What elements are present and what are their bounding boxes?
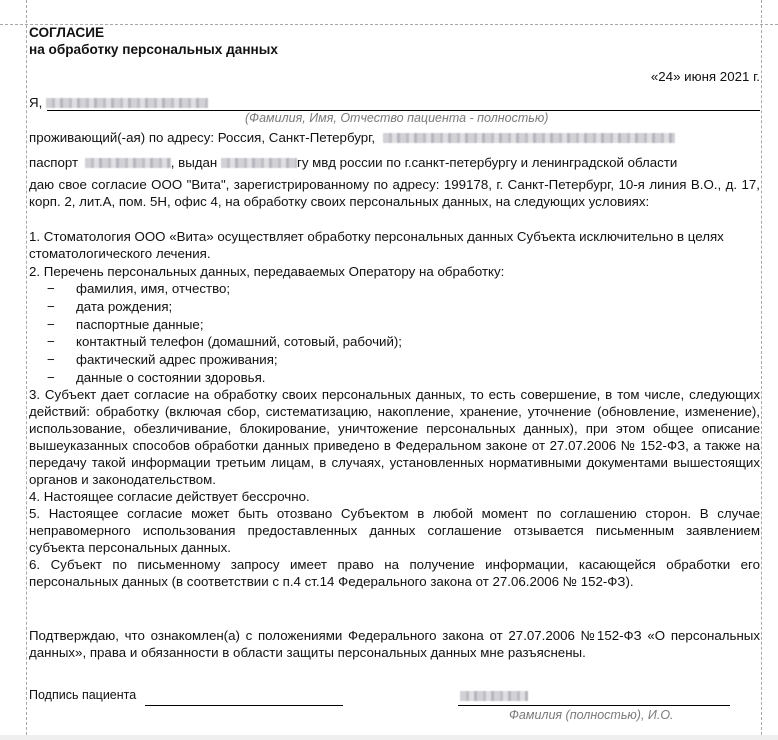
patient-name-hint: (Фамилия, Имя, Отчество пациента - полно… xyxy=(245,110,548,127)
clause-5: 5. Настоящее согласие может быть отозван… xyxy=(29,505,760,556)
list-item-text: контактный телефон (домашний, сотовый, р… xyxy=(76,334,402,349)
consent-paragraph: даю свое согласие ООО "Вита", зарегистри… xyxy=(29,176,760,210)
address-line: проживающий(-ая) по адресу: Россия, Санк… xyxy=(29,129,675,146)
dash-bullet-icon: − xyxy=(47,369,76,386)
list-item-text: фамилия, имя, отчество; xyxy=(76,281,230,296)
document-date: «24» июня 2021 г. xyxy=(651,68,760,85)
list-item-text: паспортные данные; xyxy=(76,317,204,332)
clause-3: 3. Субъект дает согласие на обработку св… xyxy=(29,386,760,488)
signature-line[interactable] xyxy=(145,705,343,706)
patient-name-value[interactable] xyxy=(46,98,208,108)
signature-name-hint: Фамилия (полностью), И.О. xyxy=(509,707,674,724)
list-item: −данные о состоянии здоровья. xyxy=(47,369,265,386)
top-margin-guide xyxy=(0,24,778,25)
list-item-text: данные о состоянии здоровья. xyxy=(76,370,265,385)
page-bottom-edge xyxy=(0,735,778,740)
clause-1: 1. Стоматология ООО «Вита» осуществляет … xyxy=(29,228,760,262)
signature-name-value[interactable] xyxy=(460,691,528,701)
address-value[interactable] xyxy=(383,133,675,143)
list-item: −контактный телефон (домашний, сотовый, … xyxy=(47,333,402,350)
right-margin-guide xyxy=(761,0,762,735)
dash-bullet-icon: − xyxy=(47,280,76,297)
clause-6: 6. Субъект по письменному запросу имеет … xyxy=(29,556,760,590)
passport-issued-label: , выдан xyxy=(171,155,218,170)
signature-label: Подпись пациента xyxy=(29,687,136,704)
list-item: −фактический адрес проживания; xyxy=(47,351,278,368)
document-subtitle: на обработку персональных данных xyxy=(29,41,278,58)
list-item-text: фактический адрес проживания; xyxy=(76,352,278,367)
list-item-text: дата рождения; xyxy=(76,299,172,314)
address-text: проживающий(-ая) по адресу: Россия, Санк… xyxy=(29,130,375,145)
list-item: −паспортные данные; xyxy=(47,316,204,333)
passport-issued-date[interactable] xyxy=(221,158,297,168)
left-margin-guide xyxy=(26,0,27,735)
confirmation-paragraph: Подтверждаю, что ознакомлен(а) с положен… xyxy=(29,627,760,661)
list-item: −дата рождения; xyxy=(47,298,172,315)
dash-bullet-icon: − xyxy=(47,298,76,315)
passport-label: паспорт xyxy=(29,155,78,170)
clause-2: 2. Перечень персональных данных, передав… xyxy=(29,263,760,280)
patient-name-line: Я, xyxy=(29,94,208,111)
passport-number[interactable] xyxy=(85,158,171,168)
passport-issued-by: гу мвд россии по г.санкт-петербургу и ле… xyxy=(297,155,677,170)
patient-prefix: Я, xyxy=(29,95,42,110)
passport-line: паспорт , выдан гу мвд россии по г.санкт… xyxy=(29,154,677,171)
dash-bullet-icon: − xyxy=(47,316,76,333)
signature-name-underline xyxy=(458,705,730,706)
clause-4: 4. Настоящее согласие действует бессрочн… xyxy=(29,488,760,505)
list-item: −фамилия, имя, отчество; xyxy=(47,280,230,297)
dash-bullet-icon: − xyxy=(47,351,76,368)
document-title: СОГЛАСИЕ xyxy=(29,24,104,41)
dash-bullet-icon: − xyxy=(47,333,76,350)
